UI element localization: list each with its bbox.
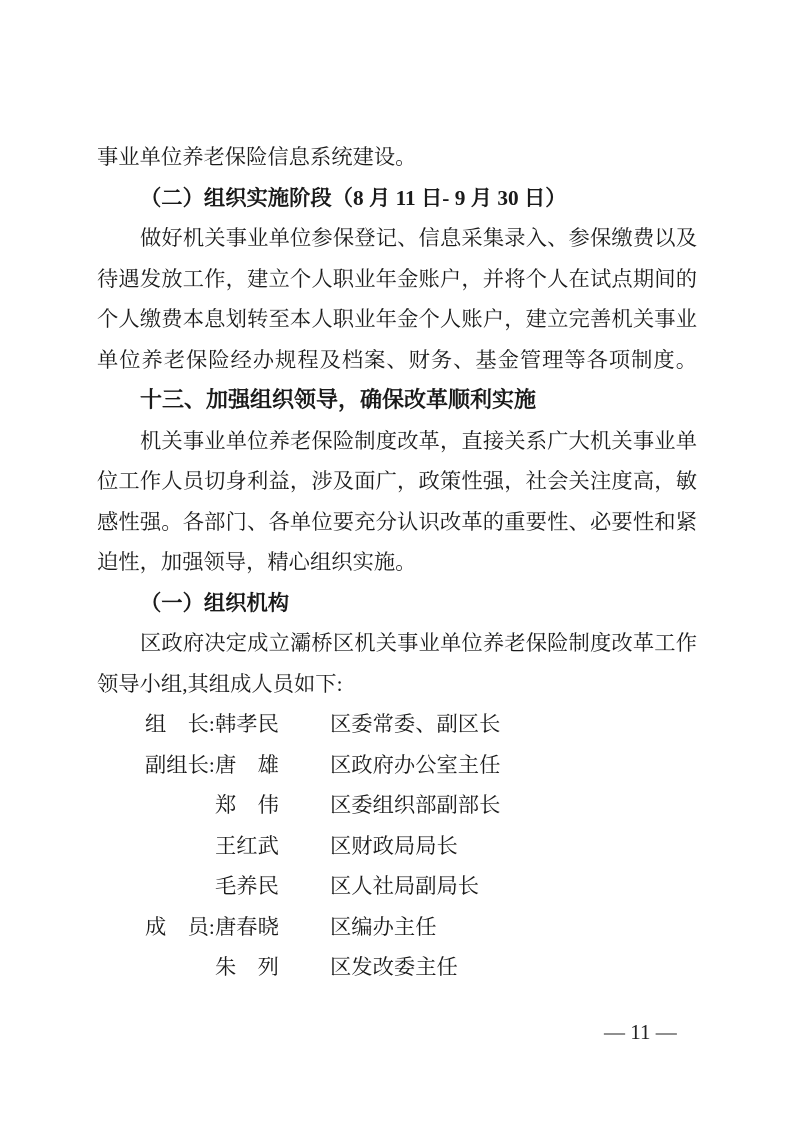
- roster-role-label: 组 长:: [145, 704, 215, 745]
- roster-row: 组 长: 韩孝民 区委常委、副区长: [97, 704, 697, 745]
- roster-person-name: 毛养民: [215, 866, 279, 907]
- roster-person-name: 唐春晓: [215, 907, 279, 948]
- roster-person-title: 区编办主任: [330, 907, 437, 948]
- roster-person-name: 王红武: [215, 826, 279, 867]
- document-page: 事业单位养老保险信息系统建设。 （二）组织实施阶段（8 月 11 日- 9 月 …: [0, 0, 793, 1122]
- roster-person-title: 区委常委、副区长: [330, 704, 500, 745]
- body-line: 区政府决定成立灞桥区机关事业单位养老保险制度改革工作: [97, 623, 697, 664]
- body-line: 单位养老保险经办规程及档案、财务、基金管理等各项制度。: [97, 340, 697, 381]
- body-line: 待遇发放工作，建立个人职业年金账户，并将个人在试点期间的: [97, 259, 697, 300]
- roster-row: 朱 列 区发改委主任: [97, 947, 697, 988]
- document-body: 事业单位养老保险信息系统建设。 （二）组织实施阶段（8 月 11 日- 9 月 …: [97, 137, 697, 988]
- body-line: 感性强。各部门、各单位要充分认识改革的重要性、必要性和紧: [97, 502, 697, 543]
- body-line: 机关事业单位养老保险制度改革，直接关系广大机关事业单: [97, 421, 697, 462]
- body-line: 个人缴费本息划转至本人职业年金个人账户，建立完善机关事业: [97, 299, 697, 340]
- roster-person-name: 郑 伟: [215, 785, 279, 826]
- page-number: — 11 —: [604, 1012, 677, 1052]
- roster-person-title: 区委组织部副部长: [330, 785, 500, 826]
- roster-row: 王红武 区财政局局长: [97, 826, 697, 867]
- body-line: 领导小组,其组成人员如下:: [97, 664, 697, 705]
- roster-person-title: 区发改委主任: [330, 947, 458, 988]
- roster-person-name: 唐 雄: [215, 745, 279, 786]
- body-line: 位工作人员切身利益，涉及面广，政策性强，社会关注度高，敏: [97, 461, 697, 502]
- body-line: 事业单位养老保险信息系统建设。: [97, 137, 697, 178]
- sub-heading-stage-2: （二）组织实施阶段（8 月 11 日- 9 月 30 日）: [97, 178, 697, 219]
- roster-row: 毛养民 区人社局副局长: [97, 866, 697, 907]
- roster-role-label: 副组长:: [145, 745, 215, 786]
- body-line: 迫性，加强领导，精心组织实施。: [97, 542, 697, 583]
- roster-row: 郑 伟 区委组织部副部长: [97, 785, 697, 826]
- roster-person-title: 区人社局副局长: [330, 866, 479, 907]
- roster-row: 成 员: 唐春晓 区编办主任: [97, 907, 697, 948]
- roster-role-label: 成 员:: [145, 907, 215, 948]
- body-line: 做好机关事业单位参保登记、信息采集录入、参保缴费以及: [97, 218, 697, 259]
- sub-heading-org: （一）组织机构: [97, 583, 697, 624]
- roster-person-title: 区政府办公室主任: [330, 745, 500, 786]
- roster-person-name: 朱 列: [215, 947, 279, 988]
- roster-person-name: 韩孝民: [215, 704, 279, 745]
- roster-person-title: 区财政局局长: [330, 826, 458, 867]
- section-heading-13: 十三、加强组织领导，确保改革顺利实施: [97, 380, 697, 421]
- roster-row: 副组长: 唐 雄 区政府办公室主任: [97, 745, 697, 786]
